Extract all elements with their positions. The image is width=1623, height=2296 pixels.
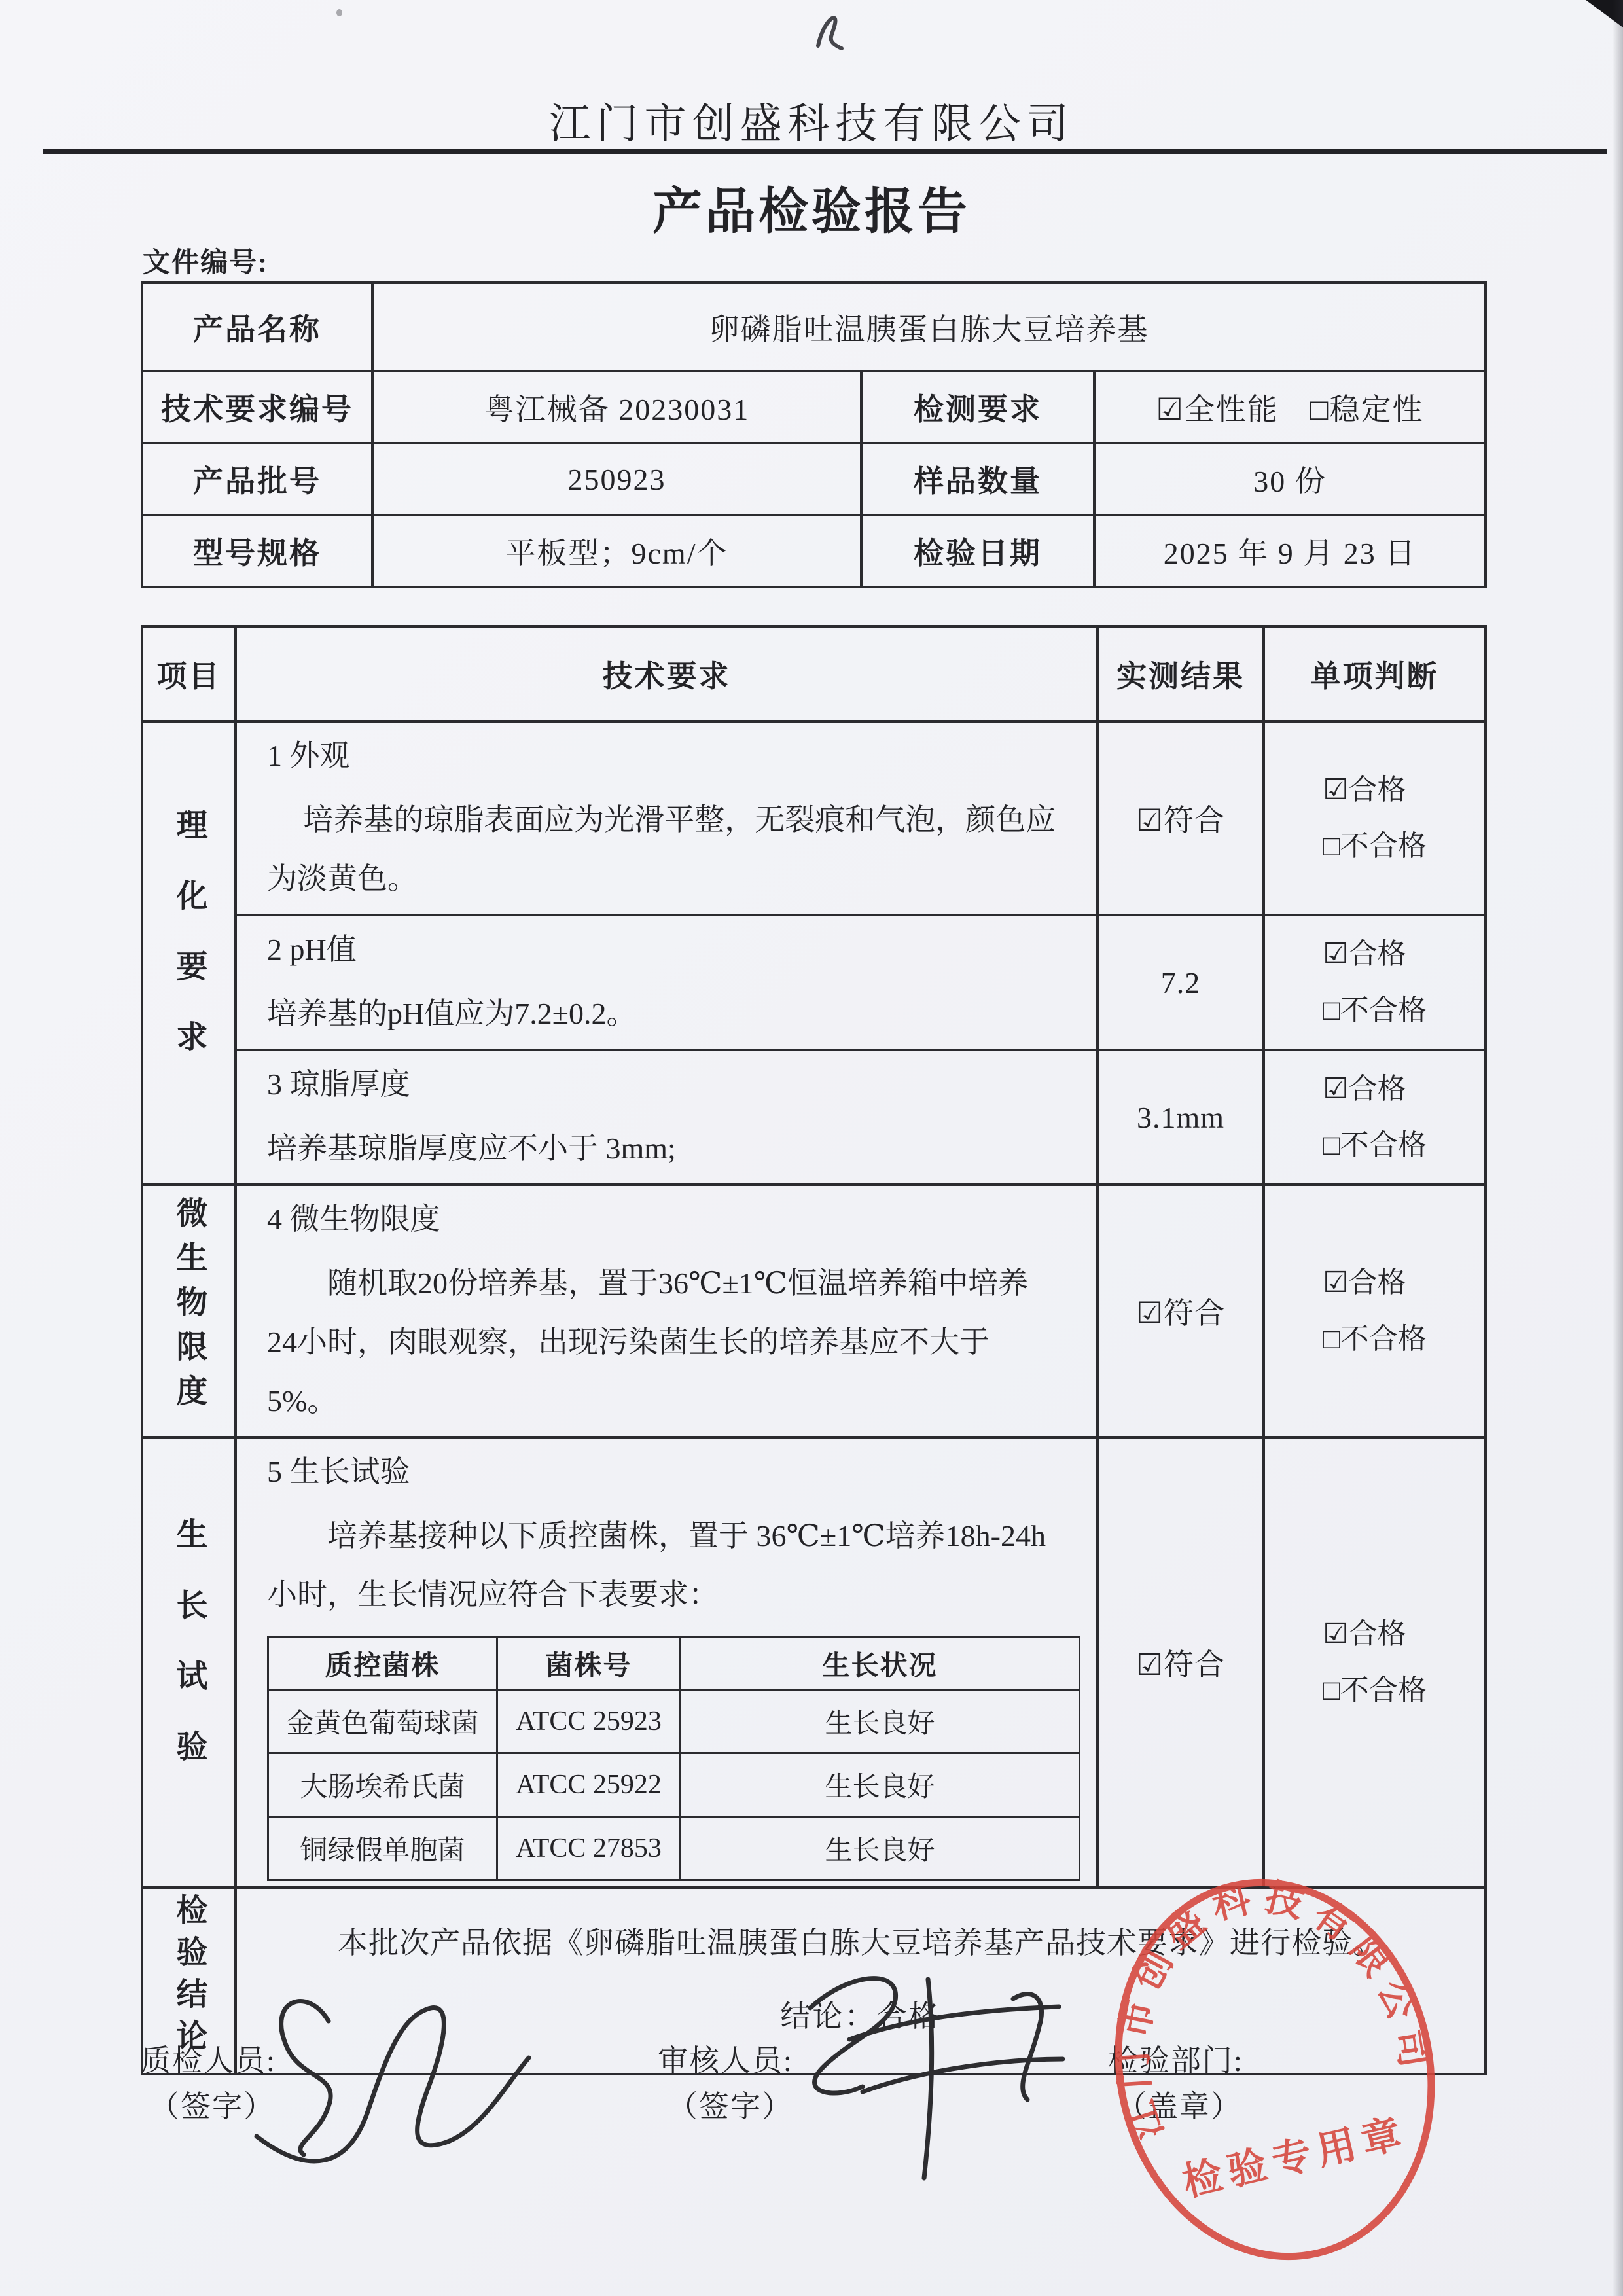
stamp-company-text: 江门市创盛科技有限公司 xyxy=(1101,1867,1440,2145)
strain-name: 金黄色葡萄球菌 xyxy=(268,1690,497,1753)
product-name-label: 产品名称 xyxy=(142,283,372,371)
requirement-ph: 2 pH值 培养基的pH值应为7.2±0.2。 xyxy=(236,915,1097,1050)
item-body: 培养基琼脂厚度应不小于 3mm; xyxy=(267,1119,1058,1178)
table-row: 型号规格 平板型；9cm/个 检验日期 2025 年 9 月 23 日 xyxy=(142,515,1486,587)
strain-no: ATCC 27853 xyxy=(497,1817,681,1880)
table-row: 技术要求编号 粤江械备 20230031 检测要求 ☑全性能 □稳定性 xyxy=(142,371,1486,443)
requirement-appearance: 1 外观 培养基的琼脂表面应为光滑平整，无裂痕和气泡，颜色应为淡黄色。 xyxy=(236,721,1097,915)
result-ph: 7.2 xyxy=(1097,915,1264,1050)
judgement-pass: ☑合格 xyxy=(1323,1061,1427,1117)
requirement-microbial-limit: 4 微生物限度 随机取20份培养基，置于36℃±1℃恒温培养箱中培养24小时，肉… xyxy=(236,1185,1097,1437)
reviewer-signature xyxy=(732,1961,1072,2183)
batch-no-value: 250923 xyxy=(372,443,861,515)
page-title: 产品检验报告 xyxy=(0,171,1623,243)
group-micro: 微生物限度 xyxy=(142,1185,236,1437)
inspection-stamp: 江门市创盛科技有限公司 检验专用章 xyxy=(1101,1867,1448,2272)
batch-no-label: 产品批号 xyxy=(142,443,372,515)
header-requirement: 技术要求 xyxy=(236,626,1097,721)
table-row: 产品名称 卵磷脂吐温胰蛋白胨大豆培养基 xyxy=(142,283,1486,371)
strain-no-header: 菌株号 xyxy=(497,1638,681,1690)
stamp-inner-text: 检验专用章 xyxy=(1179,2111,1412,2204)
result-microbial-limit: ☑符合 xyxy=(1097,1185,1264,1437)
item-title: 2 pH值 xyxy=(267,929,1058,970)
sample-qty-value: 30 份 xyxy=(1094,443,1486,515)
judgement-fail: □不合格 xyxy=(1323,818,1427,874)
qc-signature xyxy=(230,1981,538,2177)
test-req-label: 检测要求 xyxy=(861,371,1094,443)
result-agar-thickness: 3.1mm xyxy=(1097,1050,1264,1185)
strain-no: ATCC 25923 xyxy=(497,1690,681,1753)
judgement-fail: □不合格 xyxy=(1323,1311,1427,1367)
judgement-fail: □不合格 xyxy=(1323,1117,1427,1174)
doc-number-label: 文件编号: xyxy=(143,241,268,280)
product-name-value: 卵磷脂吐温胰蛋白胨大豆培养基 xyxy=(372,283,1486,371)
judgement-pass: ☑合格 xyxy=(1323,1255,1427,1311)
scan-speck xyxy=(336,9,342,16)
group-conclusion-label: 检验结论 xyxy=(166,1893,211,2061)
growth-strain-table: 质控菌株 菌株号 生长状况 金黄色葡萄球菌 ATCC 25923 生长良好 大肠… xyxy=(267,1636,1080,1881)
group-physchem: 理化要求 xyxy=(142,721,236,1185)
item-title: 4 微生物限度 xyxy=(267,1199,1058,1240)
item-body: 培养基接种以下质控菌株，置于 36℃±1℃培养18h-24h 小时，生长情况应符… xyxy=(267,1507,1058,1624)
results-header-row: 项目 技术要求 实测结果 单项判断 xyxy=(142,626,1486,721)
judgement-fail: □不合格 xyxy=(1323,982,1427,1039)
judgement-pass: ☑合格 xyxy=(1323,1606,1427,1662)
judgement-appearance: ☑合格 □不合格 xyxy=(1264,721,1486,915)
row-microbial-limit: 微生物限度 4 微生物限度 随机取20份培养基，置于36℃±1℃恒温培养箱中培养… xyxy=(142,1185,1486,1437)
growth-status: 生长良好 xyxy=(681,1753,1080,1817)
tech-req-no-label: 技术要求编号 xyxy=(142,371,372,443)
model-spec-label: 型号规格 xyxy=(142,515,372,587)
stamp-company-arc-text: 江门市创盛科技有限公司 xyxy=(1101,1867,1440,2145)
test-req-checkboxes: ☑全性能 □稳定性 xyxy=(1094,371,1486,443)
item-title: 1 外观 xyxy=(267,736,1058,776)
growth-status: 生长良好 xyxy=(681,1690,1080,1753)
table-row: 质控菌株 菌株号 生长状况 xyxy=(268,1638,1080,1690)
strain-name: 大肠埃希氏菌 xyxy=(268,1753,497,1817)
growth-status: 生长良好 xyxy=(681,1817,1080,1880)
group-micro-label: 微生物限度 xyxy=(166,1196,211,1419)
growth-status-header: 生长状况 xyxy=(681,1638,1080,1690)
judgement-fail: □不合格 xyxy=(1323,1662,1427,1719)
header-item: 项目 xyxy=(142,626,236,721)
item-title: 5 生长试验 xyxy=(267,1452,1058,1492)
requirement-agar-thickness: 3 琼脂厚度 培养基琼脂厚度应不小于 3mm; xyxy=(236,1050,1097,1185)
inspect-date-value: 2025 年 9 月 23 日 xyxy=(1094,515,1486,587)
header-judgement: 单项判断 xyxy=(1264,626,1486,721)
judgement-agar-thickness: ☑合格 □不合格 xyxy=(1264,1050,1486,1185)
sample-qty-label: 样品数量 xyxy=(861,443,1094,515)
judgement-pass: ☑合格 xyxy=(1323,926,1427,982)
table-row: 产品批号 250923 样品数量 30 份 xyxy=(142,443,1486,515)
strain-header: 质控菌株 xyxy=(268,1638,497,1690)
strain-no: ATCC 25922 xyxy=(497,1753,681,1817)
table-row: 金黄色葡萄球菌 ATCC 25923 生长良好 xyxy=(268,1690,1080,1753)
group-growth-label: 生长试验 xyxy=(166,1518,211,1801)
result-appearance: ☑符合 xyxy=(1097,721,1264,915)
results-table: 项目 技术要求 实测结果 单项判断 理化要求 1 外观 培养基的琼脂表面应为光滑… xyxy=(141,625,1487,2075)
product-info-table: 产品名称 卵磷脂吐温胰蛋白胨大豆培养基 技术要求编号 粤江械备 20230031… xyxy=(141,281,1487,588)
group-growth: 生长试验 xyxy=(142,1437,236,1888)
judgement-ph: ☑合格 □不合格 xyxy=(1264,915,1486,1050)
inspect-date-label: 检验日期 xyxy=(861,515,1094,587)
group-physchem-label: 理化要求 xyxy=(166,808,211,1091)
judgement-pass: ☑合格 xyxy=(1323,762,1427,818)
scan-squiggle-artifact xyxy=(810,5,852,52)
header-result: 实测结果 xyxy=(1097,626,1264,721)
result-growth-test: ☑符合 xyxy=(1097,1437,1264,1888)
table-row: 铜绿假单胞菌 ATCC 27853 生长良好 xyxy=(268,1817,1080,1880)
row-growth-test: 生长试验 5 生长试验 培养基接种以下质控菌株，置于 36℃±1℃培养18h-2… xyxy=(142,1437,1486,1888)
company-name: 江门市创盛科技有限公司 xyxy=(0,90,1623,151)
strain-name: 铜绿假单胞菌 xyxy=(268,1817,497,1880)
model-spec-value: 平板型；9cm/个 xyxy=(372,515,861,587)
judgement-growth-test: ☑合格 □不合格 xyxy=(1264,1437,1486,1888)
item-title: 3 琼脂厚度 xyxy=(267,1064,1058,1105)
item-body: 培养基的琼脂表面应为光滑平整，无裂痕和气泡，颜色应为淡黄色。 xyxy=(267,791,1058,908)
row-appearance: 理化要求 1 外观 培养基的琼脂表面应为光滑平整，无裂痕和气泡，颜色应为淡黄色。… xyxy=(142,721,1486,915)
item-body: 随机取20份培养基，置于36℃±1℃恒温培养箱中培养24小时，肉眼观察，出现污染… xyxy=(267,1254,1058,1431)
scan-edge-shadow xyxy=(1613,0,1623,2296)
table-row: 大肠埃希氏菌 ATCC 25922 生长良好 xyxy=(268,1753,1080,1817)
report-page: 江门市创盛科技有限公司 产品检验报告 文件编号: 产品名称 卵磷脂吐温胰蛋白胨大… xyxy=(0,0,1623,2296)
row-agar-thickness: 3 琼脂厚度 培养基琼脂厚度应不小于 3mm; 3.1mm ☑合格 □不合格 xyxy=(142,1050,1486,1185)
tech-req-no-value: 粤江械备 20230031 xyxy=(372,371,861,443)
requirement-growth-test: 5 生长试验 培养基接种以下质控菌株，置于 36℃±1℃培养18h-24h 小时… xyxy=(236,1437,1097,1888)
judgement-microbial-limit: ☑合格 □不合格 xyxy=(1264,1185,1486,1437)
row-ph: 2 pH值 培养基的pH值应为7.2±0.2。 7.2 ☑合格 □不合格 xyxy=(142,915,1486,1050)
header-rule xyxy=(43,149,1607,154)
item-body: 培养基的pH值应为7.2±0.2。 xyxy=(267,984,1058,1043)
